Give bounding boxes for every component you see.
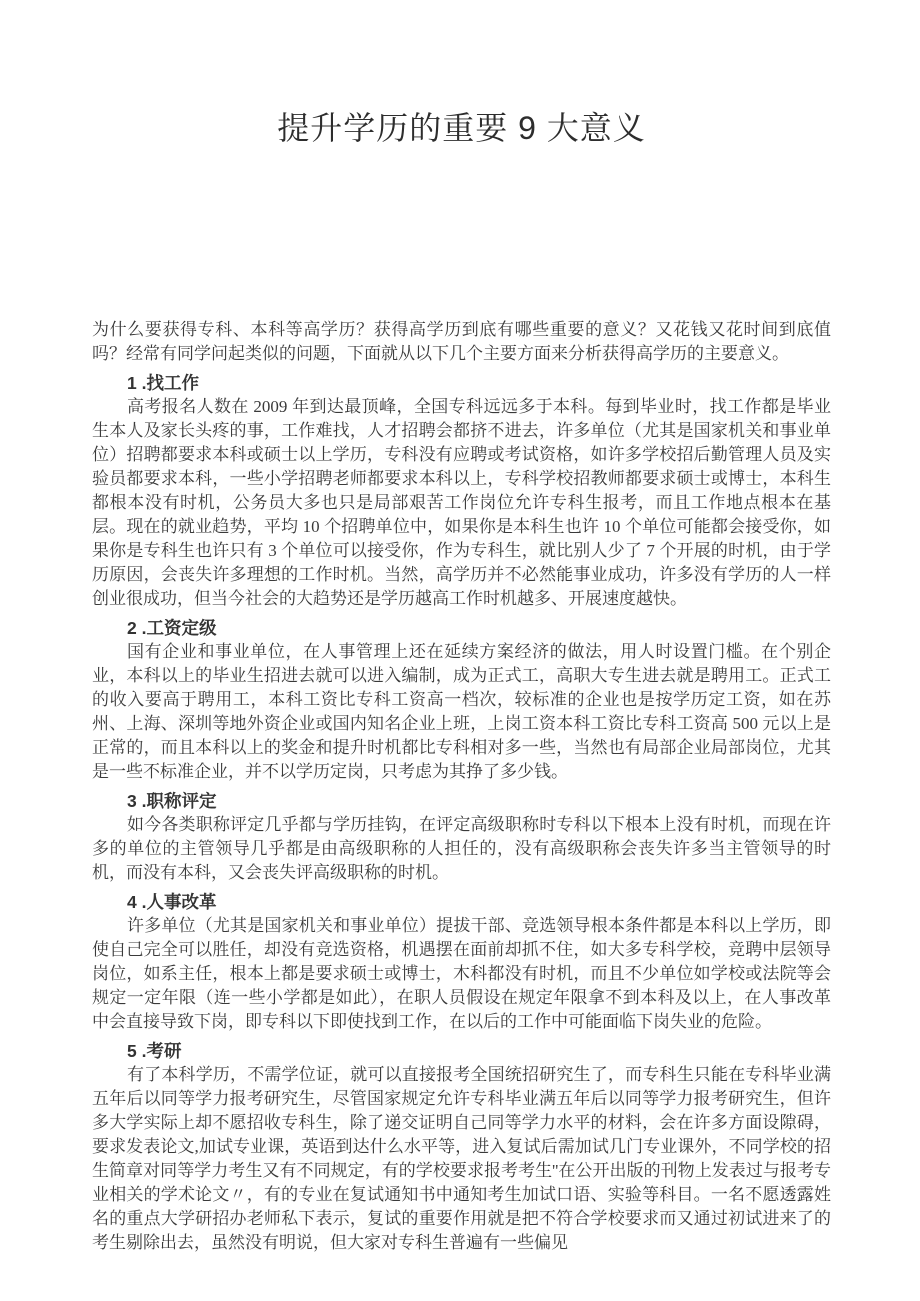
- section-body-find-job: 高考报名人数在 2009 年到达最顶峰，全国专科远远多于本科。每到毕业时，找工作…: [92, 395, 831, 611]
- section-heading-salary-grade: 2 .工资定级: [92, 616, 831, 640]
- section-body-title-evaluation: 如今各类职称评定几乎都与学历挂钩，在评定高级职称时专科以下根本上没有时机，而现在…: [92, 813, 831, 885]
- document-page: 提升学历的重要 9 大意义 为什么要获得专科、本科等高学历？获得高学历到底有哪些…: [0, 0, 920, 1301]
- section-heading-find-job: 1 .找工作: [92, 371, 831, 395]
- section-heading-postgraduate-exam: 5 .考研: [92, 1039, 831, 1063]
- document-title: 提升学历的重要 9 大意义: [92, 106, 831, 150]
- section-body-postgraduate-exam: 有了本科学历，不需学位证，就可以直接报考全国统招研究生了，而专科生只能在专科毕业…: [92, 1063, 831, 1255]
- intro-paragraph: 为什么要获得专科、本科等高学历？获得高学历到底有哪些重要的意义？又花钱又花时间到…: [92, 318, 831, 366]
- section-body-personnel-reform: 许多单位（尤其是国家机关和事业单位）提拔干部、竞选领导根本条件都是本科以上学历，…: [92, 914, 831, 1034]
- section-body-salary-grade: 国有企业和事业单位，在人事管理上还在延续方案经济的做法，用人时设置门槛。在个别企…: [92, 640, 831, 784]
- document-body: 为什么要获得专科、本科等高学历？获得高学历到底有哪些重要的意义？又花钱又花时间到…: [92, 318, 831, 1255]
- section-heading-title-evaluation: 3 .职称评定: [92, 789, 831, 813]
- section-heading-personnel-reform: 4 .人事改革: [92, 890, 831, 914]
